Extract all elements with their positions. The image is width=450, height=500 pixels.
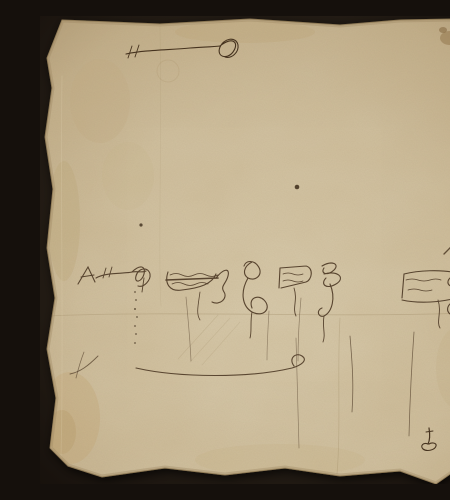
parchment-scene (40, 16, 450, 484)
paper-grain-texture (40, 16, 450, 484)
manuscript-photo (40, 16, 450, 484)
